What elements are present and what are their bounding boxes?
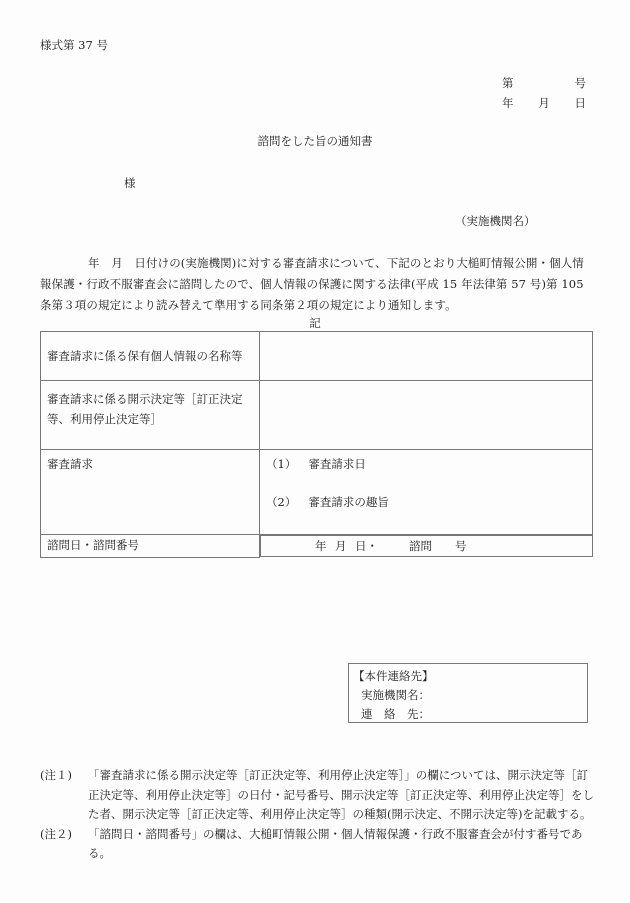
note-mark: (注１) (40, 766, 88, 825)
row-value: （1） 審査請求日 （2） 審査請求の趣旨 (260, 450, 593, 535)
value-inquiry: 諮問 (409, 536, 455, 556)
sub-item-text: 審査請求の趣旨 (308, 492, 389, 512)
date-year: 年 (502, 98, 514, 110)
value-number: 号 (455, 536, 467, 556)
note-item: (注２) 「諮問日・諮問番号」の欄は、大槌町情報公開・個人情報保護・行政不服審査… (40, 825, 596, 864)
row-value (260, 381, 593, 450)
document-date: 年 月 日 (502, 98, 586, 110)
date-day: 日 (575, 98, 587, 110)
row-label: 審査請求に係る開示決定等［訂正決定等、利用停止決定等］ (41, 381, 260, 450)
sub-item: （2） 審査請求の趣旨 (266, 492, 586, 512)
table-row: 審査請求に係る保有個人情報の名称等 (41, 332, 593, 381)
date-month: 月 (538, 98, 550, 110)
row-label: 諮問日・諮問番号 (41, 535, 260, 558)
ki-heading: 記 (0, 318, 630, 330)
row-value (260, 332, 593, 381)
contact-agency-label: 実施機関名： (353, 686, 587, 705)
document-title: 諮問をした旨の通知書 (0, 136, 630, 148)
form-number: 様式第 37 号 (40, 40, 108, 52)
value-month: 月 (335, 536, 355, 556)
note-item: (注１) 「審査請求に係る開示決定等［訂正決定等、利用停止決定等］」の欄について… (40, 766, 596, 825)
sub-item-number: （1） (266, 454, 296, 474)
agency-name-label: （実施機関名） (455, 216, 536, 228)
doc-number-prefix: 第 (502, 78, 514, 90)
value-year: 年 (315, 536, 335, 556)
row-label: 審査請求に係る保有個人情報の名称等 (41, 332, 260, 381)
doc-number-suffix: 号 (575, 78, 587, 90)
contact-info-label: 連 絡 先： (353, 705, 587, 724)
sub-item-text: 審査請求日 (308, 454, 366, 474)
document-number: 第 号 (502, 78, 586, 90)
table-row: 審査請求に係る開示決定等［訂正決定等、利用停止決定等］ (41, 381, 593, 450)
row-label: 審査請求 (41, 450, 260, 535)
sub-item-number: （2） (266, 492, 296, 512)
contact-heading: 【本件連絡先】 (353, 667, 587, 686)
table-row: 審査請求 （1） 審査請求日 （2） 審査請求の趣旨 (41, 450, 593, 535)
contact-box: 【本件連絡先】 実施機関名： 連 絡 先： (348, 663, 588, 723)
note-text: 「審査請求に係る開示決定等［訂正決定等、利用停止決定等］」の欄については、開示決… (88, 766, 596, 825)
note-mark: (注２) (40, 825, 88, 864)
table-row: 諮問日・諮問番号 年 月 日・ 諮問 号 (41, 535, 593, 558)
body-paragraph: 年 月 日付けの(実施機関)に対する審査請求について、下記のとおり大槌町情報公開… (40, 253, 592, 316)
value-day: 日・ (355, 536, 409, 556)
details-table: 審査請求に係る保有個人情報の名称等 審査請求に係る開示決定等［訂正決定等、利用停… (40, 331, 593, 558)
notes: (注１) 「審査請求に係る開示決定等［訂正決定等、利用停止決定等］」の欄について… (40, 766, 596, 864)
row-value: 年 月 日・ 諮問 号 (260, 535, 593, 557)
addressee: 様 (124, 178, 136, 190)
sub-item: （1） 審査請求日 (266, 454, 586, 474)
note-text: 「諮問日・諮問番号」の欄は、大槌町情報公開・個人情報保護・行政不服審査会が付す番… (88, 825, 596, 864)
